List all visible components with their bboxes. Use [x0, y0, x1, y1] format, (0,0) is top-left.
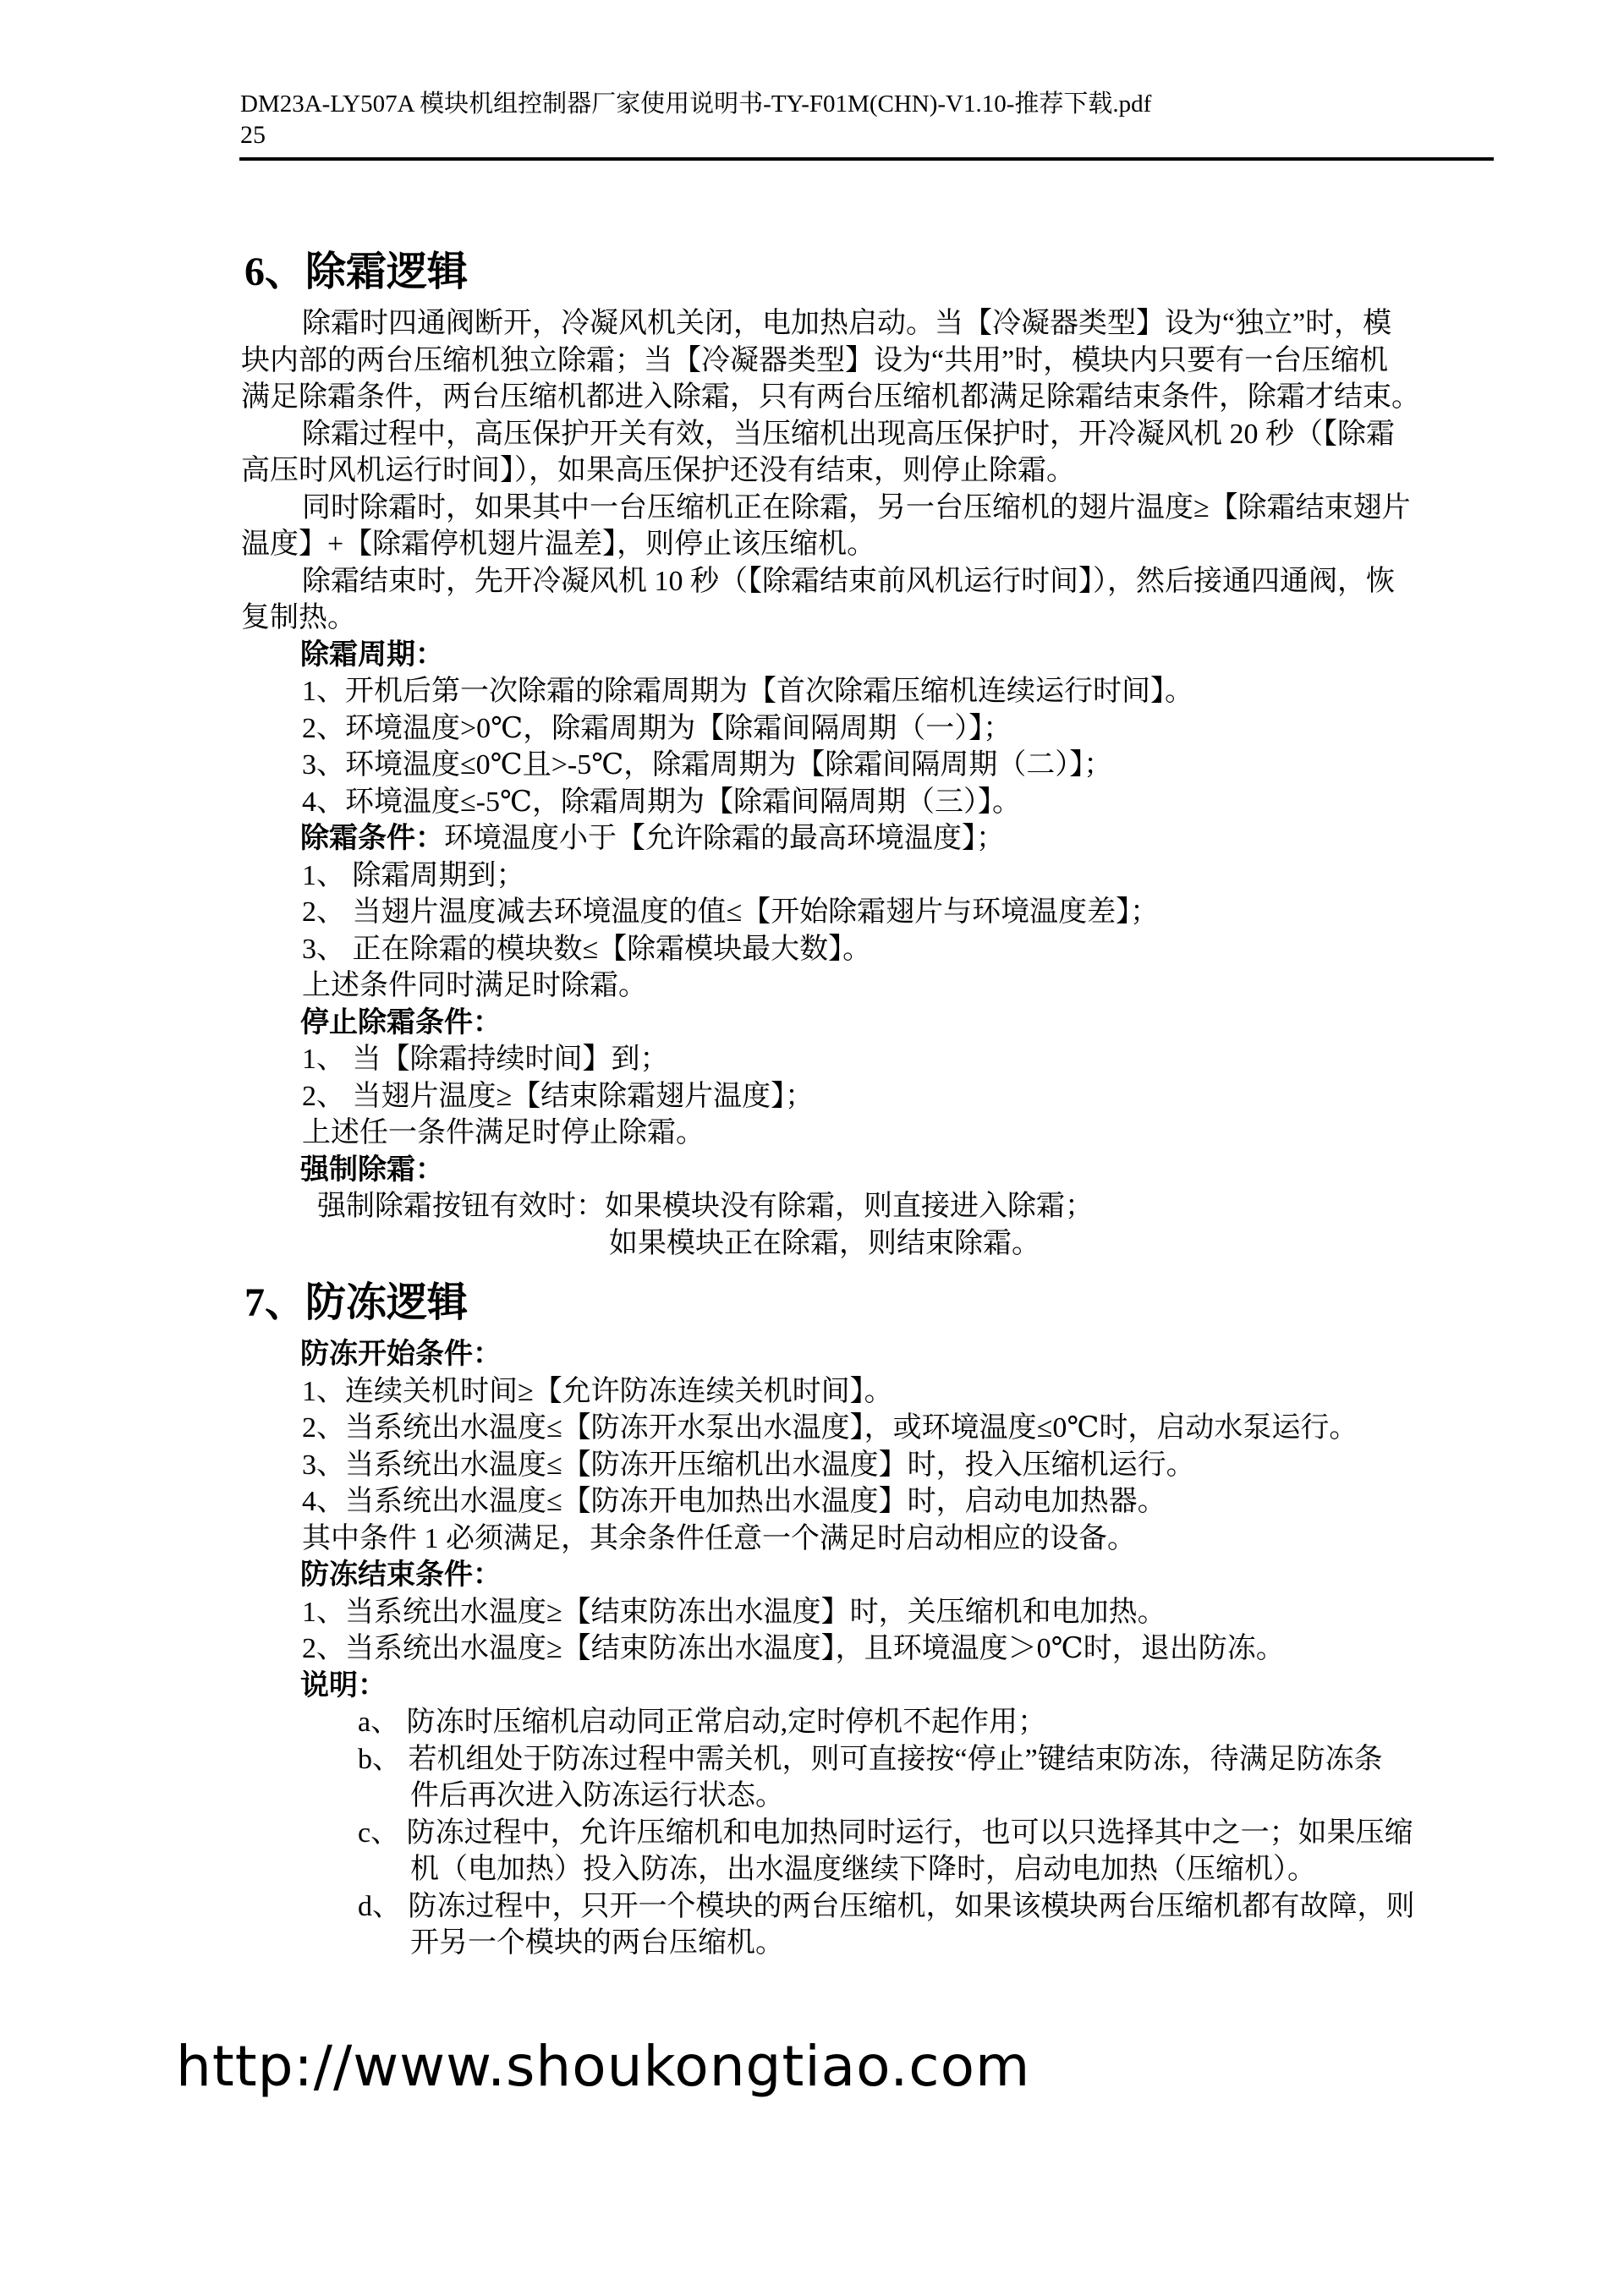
bold-label: 除霜周期：	[300, 639, 444, 671]
text-line: 机（电加热）投入防冻，出水温度继续下降时，启动电加热（压缩机）。	[410, 1851, 1527, 1888]
text-segment: 件后再次进入防冻运行状态。	[410, 1780, 784, 1811]
text-segment: 3、当系统出水温度≤【防冻开压缩机出水温度】时，投入压缩机运行。	[302, 1449, 1195, 1481]
text-segment: 上述条件同时满足时除霜。	[302, 970, 647, 1001]
text-line: 3、 正在除霜的模块数≤【除霜模块最大数】。	[302, 931, 1527, 968]
text-line: 高压时风机运行时间】），如果高压保护还没有结束，则停止除霜。	[241, 452, 1527, 490]
text-segment: 除霜过程中，高压保护开关有效，当压缩机出现高压保护时，开冷凝风机 20 秒（【除…	[302, 419, 1395, 450]
text-segment: 高压时风机运行时间】），如果高压保护还没有结束，则停止除霜。	[241, 455, 1075, 486]
text-segment: 3、 正在除霜的模块数≤【除霜模块最大数】。	[302, 934, 871, 965]
text-line: 除霜时四通阀断开，冷凝风机关闭，电加热启动。当【冷凝器类型】设为“独立”时，模	[302, 305, 1527, 342]
text-line: 上述任一条件满足时停止除霜。	[302, 1115, 1527, 1152]
text-line: 开另一个模块的两台压缩机。	[410, 1925, 1527, 1962]
section-title: 7、防冻逻辑	[244, 1279, 1527, 1328]
text-line: 上述条件同时满足时除霜。	[302, 967, 1527, 1005]
text-segment: c、 防冻过程中，允许压缩机和电加热同时运行，也可以只选择其中之一；如果压缩	[358, 1817, 1413, 1849]
text-line: 1、开机后第一次除霜的除霜周期为【首次除霜压缩机连续运行时间】。	[302, 673, 1527, 710]
text-line: 4、当系统出水温度≤【防冻开电加热出水温度】时，启动电加热器。	[302, 1483, 1527, 1521]
text-segment: 开另一个模块的两台压缩机。	[410, 1927, 784, 1959]
text-line: 其中条件 1 必须满足，其余条件任意一个满足时启动相应的设备。	[302, 1521, 1527, 1558]
text-segment: 2、环境温度>0℃，除霜周期为【除霜间隔周期（一）】；	[302, 713, 1012, 744]
bold-label: 除霜条件：	[300, 823, 444, 854]
text-segment: a、 防冻时压缩机启动同正常启动,定时停机不起作用；	[358, 1707, 1046, 1738]
header-divider	[239, 157, 1494, 161]
text-line: 如果模块正在除霜，则结束除霜。	[609, 1225, 1527, 1263]
text-line: 除霜条件：环境温度小于【允许除霜的最高环境温度】；	[300, 820, 1527, 858]
text-line: 3、当系统出水温度≤【防冻开压缩机出水温度】时，投入压缩机运行。	[302, 1447, 1527, 1484]
text-segment: 强制除霜按钮有效时：如果模块没有除霜，则直接进入除霜；	[317, 1191, 1094, 1222]
text-line: 件后再次进入防冻运行状态。	[410, 1778, 1527, 1815]
text-line: 温度】+【除霜停机翅片温差】，则停止该压缩机。	[241, 526, 1527, 563]
text-segment: 1、当系统出水温度≥【结束防冻出水温度】时，关压缩机和电加热。	[302, 1597, 1166, 1628]
text-segment: b、 若机组处于防冻过程中需关机，则可直接按“停止”键结束防冻，待满足防冻条	[358, 1744, 1383, 1775]
text-line: 2、当系统出水温度≥【结束防冻出水温度】，且环境温度＞0℃时，退出防冻。	[302, 1630, 1527, 1668]
text-line: 同时除霜时，如果其中一台压缩机正在除霜，另一台压缩机的翅片温度≥【除霜结束翅片	[302, 490, 1527, 527]
text-segment: 块内部的两台压缩机独立除霜；当【冷凝器类型】设为“共用”时，模块内只要有一台压缩…	[241, 345, 1388, 376]
text-line: 2、 当翅片温度≥【结束除霜翅片温度】；	[302, 1078, 1527, 1115]
section-antifreeze-logic: 7、防冻逻辑 防冻开始条件：1、连续关机时间≥【允许防冻连续关机时间】。2、当系…	[241, 1279, 1527, 1962]
text-line: 1、 当【除霜持续时间】到；	[302, 1041, 1527, 1078]
text-line: 满足除霜条件，两台压缩机都进入除霜，只有两台压缩机都满足除霜结束条件，除霜才结束…	[241, 379, 1527, 416]
section-defrost-logic: 6、除霜逻辑 除霜时四通阀断开，冷凝风机关闭，电加热启动。当【冷凝器类型】设为“…	[241, 248, 1527, 1262]
text-line: d、 防冻过程中，只开一个模块的两台压缩机，如果该模块两台压缩机都有故障，则	[358, 1888, 1527, 1926]
text-segment: 3、环境温度≤0℃且>-5℃，除霜周期为【除霜间隔周期（二）】；	[302, 749, 1112, 781]
bold-label: 强制除霜：	[300, 1154, 444, 1186]
text-line: c、 防冻过程中，允许压缩机和电加热同时运行，也可以只选择其中之一；如果压缩	[358, 1815, 1527, 1852]
text-line: 强制除霜：	[300, 1152, 1527, 1189]
text-line: 停止除霜条件：	[300, 1005, 1527, 1042]
section-lines: 除霜时四通阀断开，冷凝风机关闭，电加热启动。当【冷凝器类型】设为“独立”时，模块…	[241, 305, 1527, 1262]
text-segment: 如果模块正在除霜，则结束除霜。	[609, 1228, 1040, 1259]
text-segment: 机（电加热）投入防冻，出水温度继续下降时，启动电加热（压缩机）。	[410, 1854, 1316, 1885]
text-segment: 2、当系统出水温度≤【防冻开水泵出水温度】，或环境温度≤0℃时，启动水泵运行。	[302, 1412, 1358, 1444]
text-line: 除霜周期：	[300, 637, 1527, 674]
text-line: 2、环境温度>0℃，除霜周期为【除霜间隔周期（一）】；	[302, 710, 1527, 748]
text-line: b、 若机组处于防冻过程中需关机，则可直接按“停止”键结束防冻，待满足防冻条	[358, 1741, 1527, 1778]
page-number: 25	[240, 120, 1151, 151]
page-header: DM23A-LY507A 模块机组控制器厂家使用说明书-TY-F01M(CHN)…	[240, 88, 1151, 151]
bold-label: 停止除霜条件：	[300, 1007, 502, 1038]
bold-label: 防冻结束条件：	[300, 1559, 502, 1591]
document-filename: DM23A-LY507A 模块机组控制器厂家使用说明书-TY-F01M(CHN)…	[240, 88, 1151, 120]
text-segment: 1、 除霜周期到；	[302, 860, 525, 891]
pdf-page: DM23A-LY507A 模块机组控制器厂家使用说明书-TY-F01M(CHN)…	[0, 0, 1624, 2296]
text-line: 说明：	[300, 1668, 1527, 1705]
text-line: 除霜过程中，高压保护开关有效，当压缩机出现高压保护时，开冷凝风机 20 秒（【除…	[302, 416, 1527, 453]
text-segment: d、 防冻过程中，只开一个模块的两台压缩机，如果该模块两台压缩机都有故障，则	[358, 1891, 1415, 1922]
text-line: 除霜结束时，先开冷凝风机 10 秒（【除霜结束前风机运行时间】），然后接通四通阀…	[302, 563, 1527, 600]
text-line: a、 防冻时压缩机启动同正常启动,定时停机不起作用；	[358, 1704, 1527, 1741]
text-segment: 上述任一条件满足时停止除霜。	[302, 1117, 705, 1148]
section-lines: 防冻开始条件：1、连续关机时间≥【允许防冻连续关机时间】。2、当系统出水温度≤【…	[241, 1336, 1527, 1962]
text-segment: 2、 当翅片温度减去环境温度的值≤【开始除霜翅片与环境温度差】；	[302, 896, 1159, 928]
section-title: 6、除霜逻辑	[244, 248, 1527, 297]
text-segment: 复制热。	[241, 602, 356, 633]
text-line: 复制热。	[241, 600, 1527, 637]
text-line: 3、环境温度≤0℃且>-5℃，除霜周期为【除霜间隔周期（二）】；	[302, 747, 1527, 784]
footer-watermark-url: http://www.shoukongtiao.com	[176, 2033, 1030, 2101]
text-segment: 2、当系统出水温度≥【结束防冻出水温度】，且环境温度＞0℃时，退出防冻。	[302, 1633, 1285, 1664]
text-segment: 1、连续关机时间≥【允许防冻连续关机时间】。	[302, 1376, 893, 1407]
text-line: 1、连续关机时间≥【允许防冻连续关机时间】。	[302, 1373, 1527, 1411]
text-segment: 1、 当【除霜持续时间】到；	[302, 1044, 669, 1075]
text-line: 1、当系统出水温度≥【结束防冻出水温度】时，关压缩机和电加热。	[302, 1594, 1527, 1631]
text-segment: 除霜时四通阀断开，冷凝风机关闭，电加热启动。当【冷凝器类型】设为“独立”时，模	[302, 308, 1391, 339]
text-segment: 温度】+【除霜停机翅片温差】，则停止该压缩机。	[241, 529, 875, 560]
text-segment: 1、开机后第一次除霜的除霜周期为【首次除霜压缩机连续运行时间】。	[302, 676, 1193, 707]
text-segment: 环境温度小于【允许除霜的最高环境温度】；	[444, 823, 1005, 854]
bold-label: 防冻开始条件：	[300, 1339, 502, 1370]
text-line: 4、环境温度≤-5℃，除霜周期为【除霜间隔周期（三）】。	[302, 784, 1527, 821]
text-segment: 满足除霜条件，两台压缩机都进入除霜，只有两台压缩机都满足除霜结束条件，除霜才结束…	[241, 381, 1420, 413]
text-segment: 同时除霜时，如果其中一台压缩机正在除霜，另一台压缩机的翅片温度≥【除霜结束翅片	[302, 492, 1411, 523]
text-segment: 4、当系统出水温度≤【防冻开电加热出水温度】时，启动电加热器。	[302, 1486, 1166, 1517]
text-segment: 2、 当翅片温度≥【结束除霜翅片温度】；	[302, 1081, 814, 1112]
text-segment: 4、环境温度≤-5℃，除霜周期为【除霜间隔周期（三）】。	[302, 786, 1021, 818]
text-line: 强制除霜按钮有效时：如果模块没有除霜，则直接进入除霜；	[317, 1188, 1527, 1225]
text-segment: 其中条件 1 必须满足，其余条件任意一个满足时启动相应的设备。	[302, 1523, 1136, 1554]
document-body: 6、除霜逻辑 除霜时四通阀断开，冷凝风机关闭，电加热启动。当【冷凝器类型】设为“…	[241, 248, 1527, 1962]
text-line: 块内部的两台压缩机独立除霜；当【冷凝器类型】设为“共用”时，模块内只要有一台压缩…	[241, 342, 1527, 380]
text-line: 1、 除霜周期到；	[302, 858, 1527, 895]
bold-label: 说明：	[300, 1670, 387, 1701]
text-line: 2、 当翅片温度减去环境温度的值≤【开始除霜翅片与环境温度差】；	[302, 894, 1527, 931]
text-line: 防冻结束条件：	[300, 1557, 1527, 1594]
text-segment: 除霜结束时，先开冷凝风机 10 秒（【除霜结束前风机运行时间】），然后接通四通阀…	[302, 566, 1395, 597]
text-line: 2、当系统出水温度≤【防冻开水泵出水温度】，或环境温度≤0℃时，启动水泵运行。	[302, 1410, 1527, 1447]
text-line: 防冻开始条件：	[300, 1336, 1527, 1373]
